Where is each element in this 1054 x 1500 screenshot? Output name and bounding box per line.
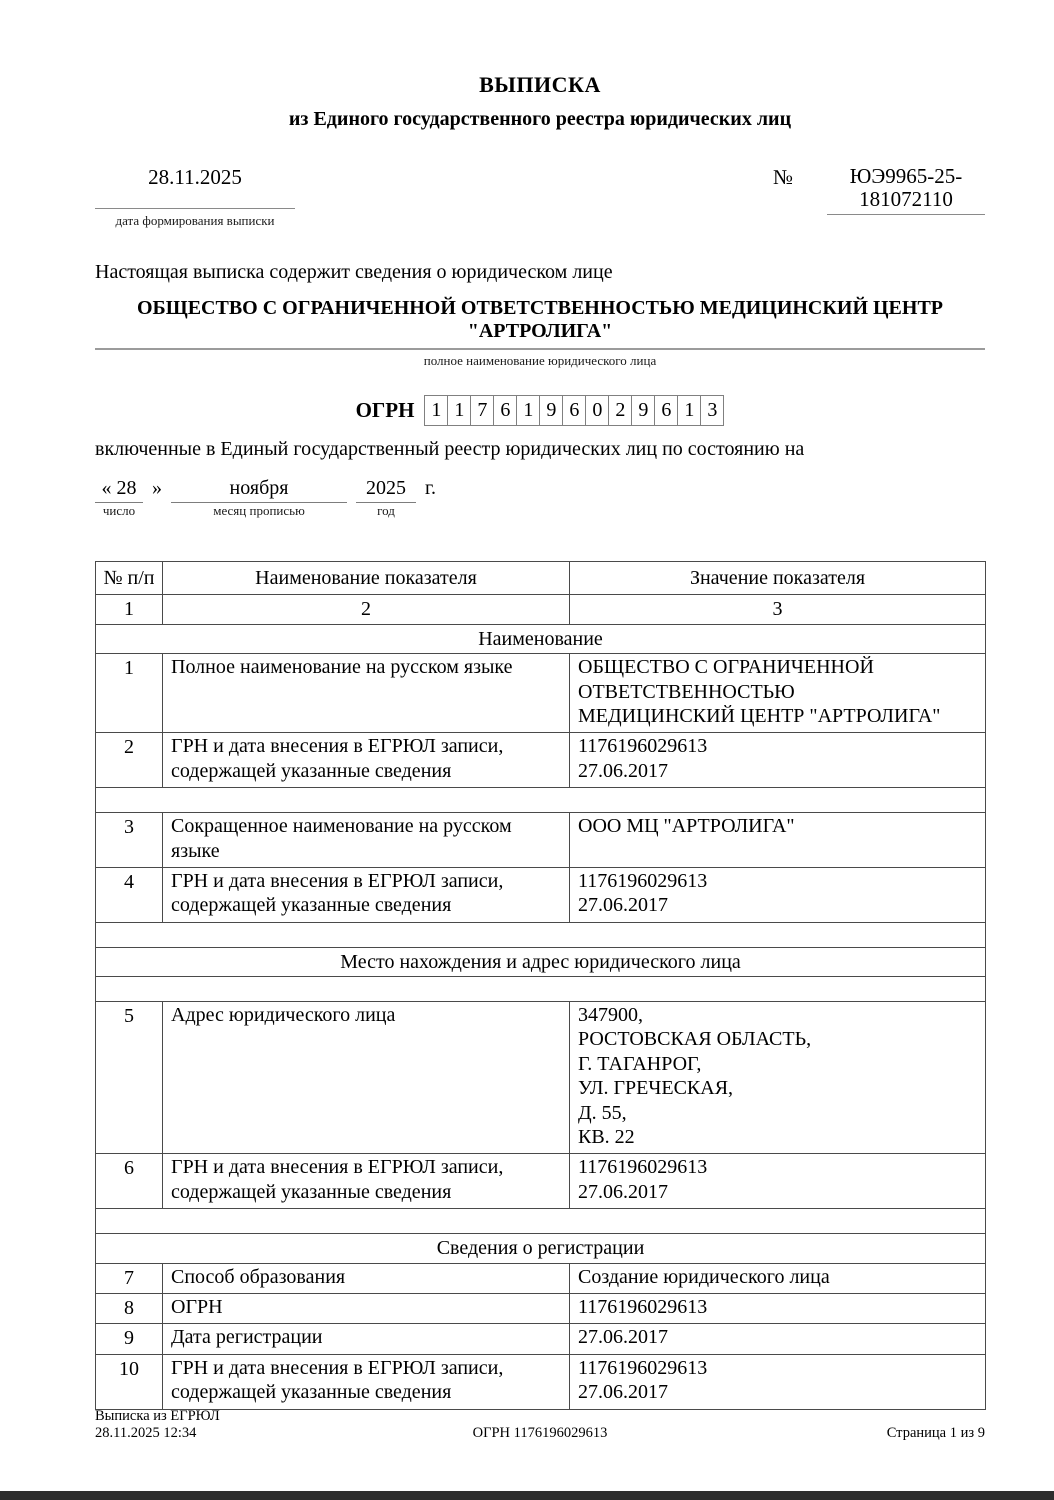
ogrn-digit-box: 7	[470, 395, 494, 426]
row-number-cell: 8	[96, 1293, 163, 1323]
row-number-cell: 7	[96, 1263, 163, 1293]
day-label: число	[95, 503, 143, 519]
footer-timestamp: 28.11.2025 12:34	[95, 1425, 389, 1442]
ogrn-digit-box: 1	[447, 395, 471, 426]
spacer-cell	[96, 1209, 986, 1234]
table-row: 1Полное наименование на русском языкеОБЩ…	[96, 654, 986, 733]
indicator-value-cell: 1176196029613 27.06.2017	[570, 733, 986, 788]
intro-text: Настоящая выписка содержит сведения о юр…	[95, 261, 985, 284]
year-label: год	[356, 503, 416, 519]
doc-subtitle: из Единого государственного реестра юрид…	[95, 108, 985, 131]
date-number-row: 28.11.2025 дата формирования выписки № Ю…	[95, 165, 985, 243]
indicator-name-cell: Способ образования	[163, 1263, 570, 1293]
spacer-row	[96, 788, 986, 813]
section-title: Сведения о регистрации	[96, 1234, 986, 1263]
spacer-row	[96, 922, 986, 947]
footer-page-number: Страница 1 из 9	[691, 1425, 985, 1442]
spacer-cell	[96, 977, 986, 1002]
row-number-cell: 6	[96, 1154, 163, 1209]
formation-date-underline	[95, 208, 295, 209]
spacer-row	[96, 977, 986, 1002]
table-row: 4ГРН и дата внесения в ЕГРЮЛ записи, сод…	[96, 867, 986, 922]
as-of-day: « 28	[95, 477, 143, 503]
indicator-name-cell: ГРН и дата внесения в ЕГРЮЛ записи, соде…	[163, 733, 570, 788]
column-numbers-row: 1 2 3	[96, 595, 986, 624]
year-value: 2025	[356, 477, 416, 503]
as-of-year-segment: 2025 год	[356, 477, 416, 519]
close-quote: »	[152, 477, 162, 500]
indicator-name-cell: Сокращенное наименование на русском язык…	[163, 813, 570, 868]
open-quote: «	[102, 477, 112, 499]
ogrn-digit-box: 6	[562, 395, 586, 426]
document-number-line2: 181072110	[827, 188, 985, 211]
ogrn-digit-box: 6	[654, 395, 678, 426]
ogrn-digit-box: 1	[677, 395, 701, 426]
ogrn-digit-box: 6	[493, 395, 517, 426]
egrul-table-body: Наименование1Полное наименование на русс…	[96, 624, 986, 1409]
ogrn-row: ОГРН 1176196029613	[95, 395, 985, 426]
page-footer: Выписка из ЕГРЮЛ 28.11.2025 12:34 ОГРН 1…	[95, 1408, 985, 1442]
indicator-value-cell: 27.06.2017	[570, 1324, 986, 1354]
indicator-name-cell: Адрес юридического лица	[163, 1002, 570, 1154]
ogrn-digit-box: 1	[424, 395, 448, 426]
document-number-line1: ЮЭ9965-25-	[827, 165, 985, 188]
ogrn-digit-boxes: 1176196029613	[424, 395, 724, 426]
number-sign: №	[773, 165, 793, 190]
indicator-name-cell: ОГРН	[163, 1293, 570, 1323]
document-page: { "header": { "title": "ВЫПИСКА", "subti…	[0, 0, 1054, 1500]
indicator-value-cell: 1176196029613 27.06.2017	[570, 867, 986, 922]
table-row: 10ГРН и дата внесения в ЕГРЮЛ записи, со…	[96, 1354, 986, 1409]
footer-left: Выписка из ЕГРЮЛ 28.11.2025 12:34	[95, 1408, 389, 1442]
spacer-row	[96, 1209, 986, 1234]
as-of-date-line: « 28 число » ноября месяц прописью 2025 …	[95, 477, 985, 519]
document-content: ВЫПИСКА из Единого государственного реес…	[95, 0, 985, 1410]
section-row: Наименование	[96, 624, 986, 653]
ogrn-digit-box: 3	[700, 395, 724, 426]
ogrn-label: ОГРН	[356, 398, 415, 423]
indicator-value-cell: Создание юридического лица	[570, 1263, 986, 1293]
month-label: месяц прописью	[171, 503, 347, 519]
section-title: Место нахождения и адрес юридического ли…	[96, 947, 986, 976]
doc-title: ВЫПИСКА	[95, 72, 985, 98]
ogrn-digit-box: 1	[516, 395, 540, 426]
ogrn-digit-box: 0	[585, 395, 609, 426]
formation-date-block: 28.11.2025 дата формирования выписки	[95, 165, 295, 229]
indicator-name-cell: Дата регистрации	[163, 1324, 570, 1354]
as-of-month-segment: ноября месяц прописью	[171, 477, 347, 519]
indicator-name-cell: ГРН и дата внесения в ЕГРЮЛ записи, соде…	[163, 867, 570, 922]
document-number-underline	[827, 214, 985, 215]
footer-doc-type: Выписка из ЕГРЮЛ	[95, 1408, 389, 1425]
indicator-value-cell: 1176196029613 27.06.2017	[570, 1154, 986, 1209]
as-of-day-segment: « 28 число	[95, 477, 143, 519]
footer-ogrn: ОГРН 1176196029613	[389, 1425, 692, 1442]
header-indicator-value: Значение показателя	[570, 562, 986, 595]
company-name-underline	[95, 348, 985, 350]
spacer-cell	[96, 922, 986, 947]
row-number-cell: 2	[96, 733, 163, 788]
indicator-name-cell: ГРН и дата внесения в ЕГРЮЛ записи, соде…	[163, 1354, 570, 1409]
company-full-name: ОБЩЕСТВО С ОГРАНИЧЕННОЙ ОТВЕТСТВЕННОСТЬЮ…	[95, 297, 985, 343]
section-row: Сведения о регистрации	[96, 1234, 986, 1263]
row-number-cell: 9	[96, 1324, 163, 1354]
row-number-cell: 5	[96, 1002, 163, 1154]
indicators-table: № п/п Наименование показателя Значение п…	[95, 561, 986, 1410]
table-row: 5Адрес юридического лица347900, РОСТОВСК…	[96, 1002, 986, 1154]
section-title: Наименование	[96, 624, 986, 653]
table-row: 3Сокращенное наименование на русском язы…	[96, 813, 986, 868]
column-number-1: 1	[96, 595, 163, 624]
formation-date: 28.11.2025	[95, 165, 295, 190]
included-text: включенные в Единый государственный реес…	[95, 438, 985, 461]
row-number-cell: 10	[96, 1354, 163, 1409]
company-name-label: полное наименование юридического лица	[95, 353, 985, 369]
section-row: Место нахождения и адрес юридического ли…	[96, 947, 986, 976]
month-value: ноября	[171, 477, 347, 503]
column-number-3: 3	[570, 595, 986, 624]
indicator-value-cell: ООО МЦ "АРТРОЛИГА"	[570, 813, 986, 868]
column-number-2: 2	[163, 595, 570, 624]
ogrn-digit-box: 2	[608, 395, 632, 426]
document-number: ЮЭ9965-25- 181072110	[827, 165, 985, 215]
table-row: 7Способ образованияСоздание юридического…	[96, 1263, 986, 1293]
ogrn-digit-box: 9	[539, 395, 563, 426]
table-row: 2ГРН и дата внесения в ЕГРЮЛ записи, сод…	[96, 733, 986, 788]
document-number-block: № ЮЭ9965-25- 181072110	[773, 165, 985, 215]
table-row: 6ГРН и дата внесения в ЕГРЮЛ записи, сод…	[96, 1154, 986, 1209]
formation-date-label: дата формирования выписки	[95, 213, 295, 229]
year-suffix: г.	[425, 477, 436, 500]
indicator-value-cell: 347900, РОСТОВСКАЯ ОБЛАСТЬ, Г. ТАГАНРОГ,…	[570, 1002, 986, 1154]
header-row-number: № п/п	[96, 562, 163, 595]
spacer-cell	[96, 788, 986, 813]
row-number-cell: 3	[96, 813, 163, 868]
header-indicator-name: Наименование показателя	[163, 562, 570, 595]
indicator-value-cell: 1176196029613 27.06.2017	[570, 1354, 986, 1409]
row-number-cell: 4	[96, 867, 163, 922]
table-row: 8ОГРН1176196029613	[96, 1293, 986, 1323]
indicator-value-cell: ОБЩЕСТВО С ОГРАНИЧЕННОЙ ОТВЕТСТВЕННОСТЬЮ…	[570, 654, 986, 733]
day-value: 28	[117, 477, 137, 499]
table-row: 9Дата регистрации27.06.2017	[96, 1324, 986, 1354]
indicator-name-cell: ГРН и дата внесения в ЕГРЮЛ записи, соде…	[163, 1154, 570, 1209]
indicator-name-cell: Полное наименование на русском языке	[163, 654, 570, 733]
window-bottom-edge	[0, 1491, 1054, 1500]
ogrn-digit-box: 9	[631, 395, 655, 426]
row-number-cell: 1	[96, 654, 163, 733]
indicator-value-cell: 1176196029613	[570, 1293, 986, 1323]
table-header-row: № п/п Наименование показателя Значение п…	[96, 562, 986, 595]
